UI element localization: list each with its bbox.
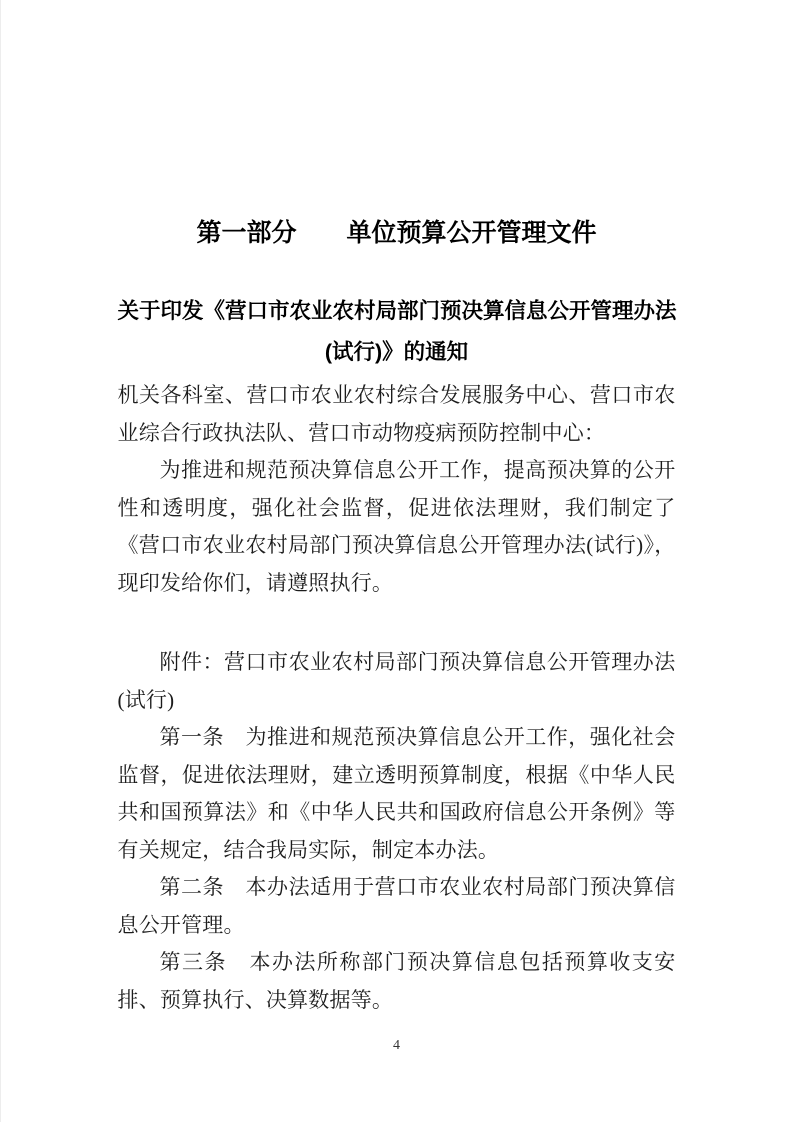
article-1: 第一条 为推进和规范预决算信息公开工作，强化社会监督，促进依法理财，建立透明预算…: [118, 719, 676, 869]
part-heading: 第一部分 单位预算公开管理文件: [118, 0, 676, 248]
attachment-line: 附件：营口市农业农村局部门预决算信息公开管理办法(试行): [118, 644, 676, 719]
document-content: 第一部分 单位预算公开管理文件 关于印发《营口市农业农村局部门预决算信息公开管理…: [118, 0, 676, 1019]
article-3: 第三条 本办法所称部门预决算信息包括预算收支安排、预算执行、决算数据等。: [118, 944, 676, 1019]
document-page: 第一部分 单位预算公开管理文件 关于印发《营口市农业农村局部门预决算信息公开管理…: [0, 0, 793, 1122]
notice-title-line-2: (试行)》的通知: [118, 332, 676, 373]
paragraph-gap: [118, 602, 676, 644]
page-number: 4: [0, 1038, 793, 1054]
notice-body: 机关各科室、营口市农业农村综合发展服务中心、营口市农业综合行政执法队、营口市动物…: [118, 377, 676, 1019]
intro-paragraph: 为推进和规范预决算信息公开工作，提高预决算的公开性和透明度，强化社会监督，促进依…: [118, 452, 676, 602]
notice-title: 关于印发《营口市农业农村局部门预决算信息公开管理办法 (试行)》的通知: [118, 291, 676, 373]
article-2: 第二条 本办法适用于营口市农业农村局部门预决算信息公开管理。: [118, 869, 676, 944]
part-heading-number: 第一部分: [196, 218, 296, 248]
part-heading-title: 单位预算公开管理文件: [347, 218, 597, 248]
salutation-paragraph: 机关各科室、营口市农业农村综合发展服务中心、营口市农业综合行政执法队、营口市动物…: [118, 377, 676, 452]
notice-title-line-1: 关于印发《营口市农业农村局部门预决算信息公开管理办法: [118, 291, 676, 332]
